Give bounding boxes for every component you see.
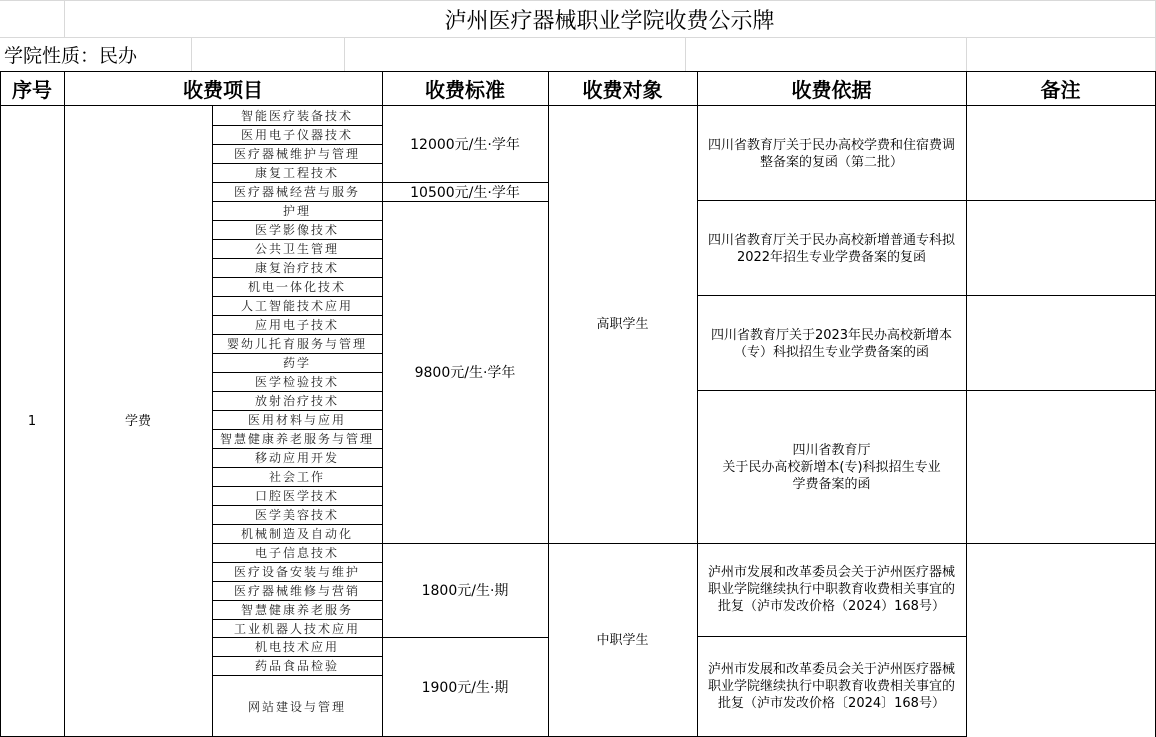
header-standard: 收费标准 — [382, 71, 548, 106]
major-cell: 医学检验技术 — [212, 372, 382, 391]
major-cell: 婴幼儿托育服务与管理 — [212, 334, 382, 353]
border — [212, 391, 382, 392]
border — [212, 201, 548, 202]
border — [0, 105, 1156, 106]
border — [212, 448, 382, 449]
fee-basis: 四川省教育厅关于民办高校新增普通专科拟2022年招生专业学费备案的复函 — [697, 201, 966, 296]
major-cell: 医疗设备安装与维护 — [212, 562, 382, 581]
fee-basis: 四川省教育厅关于2023年民办高校新增本（专）科拟招生专业学费备案的函 — [697, 296, 966, 391]
border — [212, 656, 382, 657]
fee-basis: 泸州市发展和改革委员会关于泸州医疗器械职业学院继续执行中职教育收费相关事宜的批复… — [697, 636, 966, 737]
border — [548, 71, 549, 737]
major-cell: 医疗器械经营与服务 — [212, 182, 382, 201]
major-cell: 放射治疗技术 — [212, 391, 382, 410]
border — [212, 429, 382, 430]
border — [212, 239, 382, 240]
major-cell: 网站建设与管理 — [212, 675, 382, 737]
border — [212, 334, 382, 335]
major-cell: 医用材料与应用 — [212, 410, 382, 429]
border — [212, 486, 382, 487]
remark-cell — [966, 296, 1155, 391]
fee-standard: 1900元/生·期 — [382, 637, 548, 737]
fee-target: 高职学生 — [548, 106, 697, 543]
border — [212, 562, 382, 563]
remark-cell — [966, 391, 1155, 543]
border — [212, 505, 382, 506]
border — [212, 410, 382, 411]
fee-basis: 四川省教育厅 关于民办高校新增本(专)科拟招生专业 学费备案的函 — [697, 391, 966, 543]
major-cell: 机电一体化技术 — [212, 277, 382, 296]
major-cell: 工业机器人技术应用 — [212, 619, 382, 637]
border — [697, 71, 698, 737]
major-cell: 机电技术应用 — [212, 637, 382, 656]
major-cell: 智慧健康养老服务 — [212, 600, 382, 619]
major-cell: 药品食品检验 — [212, 656, 382, 675]
major-cell: 药学 — [212, 353, 382, 372]
gridline — [966, 37, 967, 71]
fee-basis: 四川省教育厅关于民办高校学费和住宿费调整备案的复函（第二批） — [697, 106, 966, 201]
major-cell: 医疗器械维护与管理 — [212, 144, 382, 163]
major-cell: 社会工作 — [212, 467, 382, 486]
border — [212, 600, 382, 601]
border — [966, 71, 967, 737]
border — [212, 637, 548, 638]
border — [212, 220, 382, 221]
remark-cell — [966, 543, 1155, 737]
major-cell: 康复治疗技术 — [212, 258, 382, 277]
border — [0, 71, 1, 737]
border — [212, 163, 382, 164]
border — [212, 125, 382, 126]
fee-standard: 1800元/生·期 — [382, 543, 548, 637]
major-cell: 康复工程技术 — [212, 163, 382, 182]
major-cell: 电子信息技术 — [212, 543, 382, 562]
border — [212, 106, 213, 737]
major-cell: 智慧健康养老服务与管理 — [212, 429, 382, 448]
border — [0, 71, 1156, 72]
border — [212, 182, 548, 183]
fee-standard: 12000元/生·学年 — [382, 106, 548, 182]
major-cell: 医学美容技术 — [212, 505, 382, 524]
college-nature: 学院性质：民办 — [0, 38, 190, 71]
major-cell: 移动应用开发 — [212, 448, 382, 467]
header-seq: 序号 — [0, 71, 64, 106]
border — [212, 353, 382, 354]
gridline — [344, 37, 345, 71]
header-basis: 收费依据 — [697, 71, 966, 106]
major-cell: 护理 — [212, 201, 382, 220]
border — [697, 390, 1155, 391]
remark-cell — [966, 201, 1155, 296]
remark-cell — [966, 106, 1155, 201]
major-cell: 医疗器械维修与营销 — [212, 581, 382, 600]
border — [212, 524, 382, 525]
gridline — [685, 37, 686, 71]
border — [212, 581, 382, 582]
border — [212, 467, 382, 468]
border — [212, 543, 1155, 544]
page-title: 泸州医疗器械职业学院收费公示牌 — [64, 1, 1155, 37]
border — [212, 372, 382, 373]
major-cell: 公共卫生管理 — [212, 239, 382, 258]
fee-target: 中职学生 — [548, 543, 697, 737]
border — [212, 619, 382, 620]
major-cell: 口腔医学技术 — [212, 486, 382, 505]
major-cell: 医学影像技术 — [212, 220, 382, 239]
row-item: 学费 — [64, 106, 212, 737]
border — [697, 636, 966, 637]
fee-standard: 10500元/生·学年 — [382, 182, 548, 201]
row-seq: 1 — [0, 106, 64, 737]
border — [64, 71, 65, 737]
major-cell: 医用电子仪器技术 — [212, 125, 382, 144]
header-item: 收费项目 — [64, 71, 382, 106]
header-remark: 备注 — [966, 71, 1155, 106]
major-cell: 机械制造及自动化 — [212, 524, 382, 543]
border — [212, 296, 382, 297]
border — [212, 675, 382, 676]
border — [697, 295, 1155, 296]
gridline — [191, 37, 192, 71]
fee-standard: 9800元/生·学年 — [382, 201, 548, 543]
border — [382, 71, 383, 737]
fee-basis: 泸州市发展和改革委员会关于泸州医疗器械职业学院继续执行中职教育收费相关事宜的批复… — [697, 543, 966, 636]
border — [212, 277, 382, 278]
border — [212, 144, 382, 145]
major-cell: 人工智能技术应用 — [212, 296, 382, 315]
border — [212, 258, 382, 259]
major-cell: 应用电子技术 — [212, 315, 382, 334]
header-target: 收费对象 — [548, 71, 697, 106]
border — [697, 200, 1155, 201]
major-cell: 智能医疗装备技术 — [212, 106, 382, 125]
border — [212, 315, 382, 316]
